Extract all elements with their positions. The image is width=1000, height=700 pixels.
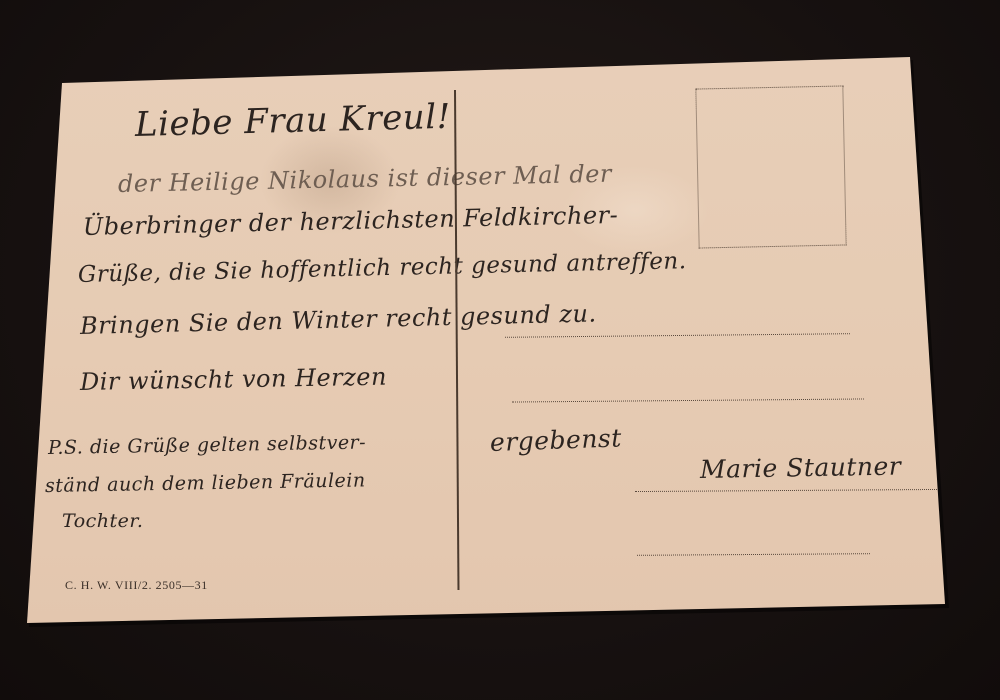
address-line-3 xyxy=(635,489,939,492)
address-line-4 xyxy=(637,553,870,556)
address-line-1 xyxy=(505,333,850,338)
signature: Marie Stautner xyxy=(700,451,902,484)
postscript-line-2: ständ auch dem lieben Fräulein xyxy=(45,469,366,497)
stamp-box xyxy=(695,85,846,248)
salutation: Liebe Frau Kreul! xyxy=(134,97,451,145)
message-line-4: Bringen Sie den Winter recht gesund zu. xyxy=(80,299,597,340)
message-line-3: Grüße, die Sie hoffentlich recht gesund … xyxy=(78,248,687,288)
postscript-line-3: Tochter. xyxy=(62,510,143,532)
closing-text: ergebenst xyxy=(489,423,622,457)
message-line-5: Dir wünscht von Herzen xyxy=(80,363,387,396)
postcard: Liebe Frau Kreul! der Heilige Nikolaus i… xyxy=(0,0,1000,700)
address-line-2 xyxy=(512,398,864,402)
message-line-2: Überbringer der herzlichsten Feldkircher… xyxy=(83,201,619,241)
message-line-1: der Heilige Nikolaus ist dieser Mal der xyxy=(118,160,612,198)
postscript-line-1: P.S. die Grüße gelten selbstver- xyxy=(48,431,366,459)
publisher-print-mark: C. H. W. VIII/2. 2505—31 xyxy=(65,578,208,593)
